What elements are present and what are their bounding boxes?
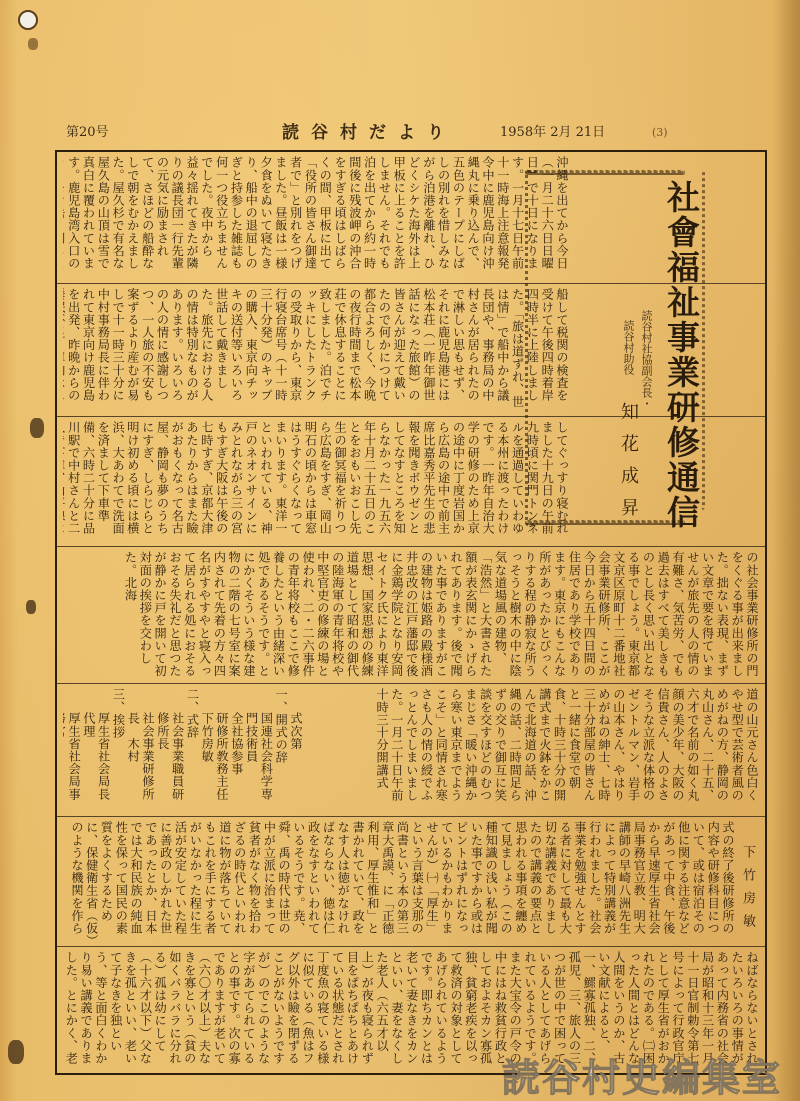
article-body: 道の山元さん色白くやせ型で芸術者風のめがねの方、静岡の丸山さん、二十五、六才で名… bbox=[307, 688, 759, 812]
author-role: 読谷村社協副会長・ bbox=[639, 310, 653, 409]
ceremony-program: 式次第 一、開式の辞 国連社会科学専門技術員 全社協参事 研修所教務主任 下竹房… bbox=[63, 688, 303, 812]
program-detail: 全社協参事 bbox=[229, 688, 244, 812]
paper-damage bbox=[26, 600, 36, 614]
tier-4: の社会事業研修所の門をくぐる事が出来ました。拙ない表現、まずい文章で要を得ていま… bbox=[57, 547, 765, 684]
issue-number: 第20号 bbox=[66, 120, 109, 146]
program-item: 二、式辞 bbox=[185, 688, 200, 812]
archive-watermark: 読谷村史編集室 bbox=[502, 1047, 782, 1101]
title-ornament-left bbox=[525, 170, 538, 526]
paper-damage bbox=[30, 418, 44, 438]
article-body: 沖縄を出てから今日（一月二十六日日曜日）で十日になります。一月十七日午前十一時海… bbox=[63, 156, 569, 279]
article-body: してぐっすり寝むれました十九日の午前九時頃に関門トンネルを通過していわゆる本州に… bbox=[63, 421, 569, 542]
page-number: (3) bbox=[652, 120, 668, 146]
program-item: 一、開式の辞 bbox=[273, 688, 288, 812]
issue-date: 1958年 2月 21日 bbox=[500, 120, 605, 146]
newspaper-page: 第20号 読谷村だより 1958年 2月 21日 (3) 沖縄を出てから今日（一… bbox=[0, 0, 800, 1101]
title-ornament-top bbox=[525, 170, 685, 175]
author-name: 知花成昇 bbox=[615, 402, 641, 530]
page-header: 第20号 読谷村だより 1958年 2月 21日 (3) bbox=[0, 120, 800, 146]
punch-hole bbox=[18, 10, 38, 30]
tier-5: 道の山元さん色白くやせ型で芸術者風のめがねの方、静岡の丸山さん、二十五、六才で名… bbox=[57, 684, 765, 817]
article-body: の社会事業研修所の門をくぐる事が出来ました。拙ない表現、まずい文章で要を得ていま… bbox=[63, 551, 759, 679]
paper-damage bbox=[8, 1040, 24, 1064]
program-detail: 厚生省社会局長代理 bbox=[81, 688, 111, 812]
program-item: 三、挨拶 bbox=[111, 688, 126, 812]
section-author: 下竹房敏 bbox=[738, 845, 757, 937]
newspaper-title: 読谷村だより bbox=[282, 120, 456, 146]
tier-6: 下竹房敏 式の終了後研修所の内容や研修科目について、或は宿泊その他に関する注意な… bbox=[57, 817, 765, 947]
article-title-block: 社會福祉事業研修通信 読谷村社協副会長・ 読谷村助役 知花成昇 bbox=[625, 170, 705, 542]
program-detail: 厚生省社会局事務官 bbox=[63, 688, 81, 812]
article-frame: 沖縄を出てから今日（一月二十六日日曜日）で十日になります。一月十七日午前十一時海… bbox=[55, 150, 767, 1075]
article-title: 社會福祉事業研修通信 bbox=[661, 180, 701, 530]
article-body: 式の終了後研修所の内容や研修科目について、或は宿泊その他に関する注意などがあって… bbox=[63, 821, 735, 942]
article-body: 船して税関の検査を受けて午後四時着岸四時半に上陸しました。「旅は道ずれ、世は情」… bbox=[63, 288, 569, 412]
paper-damage bbox=[28, 38, 38, 50]
page-edge-shadow bbox=[774, 0, 800, 1101]
author-role-secondary: 読谷村助役 bbox=[621, 320, 635, 375]
program-detail: 研修所教務主任 下竹房敏 bbox=[199, 688, 229, 812]
program-detail: 社会事業研修所長 木村 bbox=[125, 688, 155, 812]
program-heading: 式次第 bbox=[288, 688, 303, 812]
program-detail: 国連社会科学専門技術員 bbox=[244, 688, 274, 812]
program-detail: 社会事業職員研修所長 bbox=[155, 688, 185, 812]
